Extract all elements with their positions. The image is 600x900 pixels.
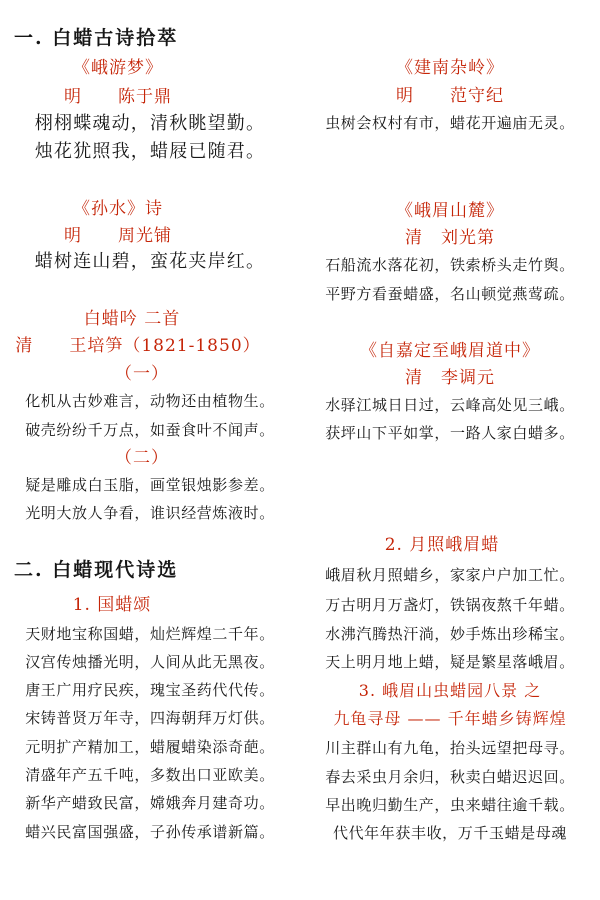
modern-poem2-line-4: 天上明月地上蜡，疑是繁星落峨眉。 <box>300 651 600 673</box>
modern-poem1-line-5: 元明扩产精加工，蜡履蜡染添奇葩。 <box>0 736 300 758</box>
poem3-part2-line-2: 光明大放人争看，谁识经营炼液时。 <box>0 502 300 524</box>
modern-poem2-title: 2. 月照峨眉蜡 <box>300 534 600 556</box>
modern-poem3-line-1: 川主群山有九龟，抬头远望把母寻。 <box>300 737 600 759</box>
poem6-line-1: 水驿江城日日过，云峰高处见三峨。 <box>300 394 600 416</box>
poem4-author: 明 范守纪 <box>300 85 600 107</box>
modern-poem2-line-3: 水沸汽腾热汗淌，妙手炼出珍稀宝。 <box>300 623 600 645</box>
modern-poem1-line-7: 新华产蜡致民富，嫦娥奔月建奇功。 <box>0 792 300 814</box>
modern-poem3-line-2: 春去采虫月余归，秋卖白蜡迟迟回。 <box>300 766 600 788</box>
modern-poem3-line-4: 代代年年获丰收，万千玉蜡是母魂 <box>300 822 600 844</box>
modern-poem1-line-2: 汉宫传烛播光明，人间从此无黑夜。 <box>0 651 300 673</box>
section-1-heading: 一. 白蜡古诗拾萃 <box>14 26 178 50</box>
modern-poem2-line-1: 峨眉秋月照蜡乡，家家户户加工忙。 <box>300 564 600 586</box>
section-2-heading: 二. 白蜡现代诗选 <box>14 558 178 582</box>
right-column: 《建南杂岭》 明 范守纪 虫树会权村有市，蜡花开遍庙无灵。 《峨眉山麓》 清 刘… <box>300 0 600 900</box>
modern-poem1-line-4: 宋铸普贤万年寺，四海朝拜万灯供。 <box>0 707 300 729</box>
modern-poem3-title: 3. 峨眉山虫蜡园八景 之 <box>300 680 600 702</box>
modern-poem3-line-3: 早出晚归勤生产，虫来蜡往逾千载。 <box>300 794 600 816</box>
modern-poem1-line-1: 天财地宝称国蜡，灿烂辉煌二千年。 <box>0 623 300 645</box>
poem4-line-1: 虫树会权村有市，蜡花开遍庙无灵。 <box>300 112 600 134</box>
poem3-part1-label: （一） <box>0 363 300 385</box>
poem4-title: 《建南杂岭》 <box>300 57 600 79</box>
poem3-part2-label: （二） <box>0 447 300 469</box>
poem5-line-1: 石船流水落花初，铁索桥头走竹舆。 <box>300 254 600 276</box>
poem3-part2-line-1: 疑是雕成白玉脂，画堂银烛影参差。 <box>0 474 300 496</box>
poem3-author: 清 王培笋（1821-1850） <box>0 335 300 357</box>
modern-poem1-line-3: 唐王广用疗民疾，瑰宝圣药代代传。 <box>0 679 300 701</box>
poem1-title: 《峨游梦》 <box>0 57 300 79</box>
poem2-line-1: 蜡树连山碧，蛮花夹岸红。 <box>0 251 300 273</box>
modern-poem1-line-8: 蜡兴民富国强盛，子孙传承谱新篇。 <box>0 821 300 843</box>
poem1-line-2: 烛花犹照我，蜡屐已随君。 <box>0 141 300 163</box>
modern-poem3-subtitle: 九龟寻母 —— 千年蜡乡铸辉煌 <box>300 708 600 730</box>
poem1-line-1: 栩栩蝶魂动，清秋眺望勤。 <box>0 113 300 135</box>
poem1-author: 明 陈于鼎 <box>0 86 300 108</box>
poem3-part1-line-1: 化机从古妙难言，动物还由植物生。 <box>0 390 300 412</box>
poem5-author: 清 刘光第 <box>300 227 600 249</box>
poem6-line-2: 获坪山下平如掌，一路人家白蜡多。 <box>300 422 600 444</box>
document-page: 一. 白蜡古诗拾萃 《峨游梦》 明 陈于鼎 栩栩蝶魂动，清秋眺望勤。 烛花犹照我… <box>0 0 600 900</box>
left-column: 一. 白蜡古诗拾萃 《峨游梦》 明 陈于鼎 栩栩蝶魂动，清秋眺望勤。 烛花犹照我… <box>0 0 300 900</box>
poem3-title: 白蜡吟 二首 <box>0 308 300 330</box>
poem5-line-2: 平野方看蚕蜡盛，名山顿觉燕莺疏。 <box>300 283 600 305</box>
poem6-author: 清 李调元 <box>300 367 600 389</box>
modern-poem1-title: 1. 国蜡颂 <box>0 594 300 616</box>
poem5-title: 《峨眉山麓》 <box>300 200 600 222</box>
poem2-title: 《孙水》诗 <box>0 198 300 220</box>
modern-poem1-line-6: 清盛年产五千吨，多数出口亚欧美。 <box>0 764 300 786</box>
poem3-part1-line-2: 破壳纷纷千万点，如蚕食叶不闻声。 <box>0 419 300 441</box>
modern-poem2-line-2: 万古明月万盏灯，铁锅夜熬千年蜡。 <box>300 594 600 616</box>
poem2-author: 明 周光铺 <box>0 225 300 247</box>
poem6-title: 《自嘉定至峨眉道中》 <box>300 340 600 362</box>
